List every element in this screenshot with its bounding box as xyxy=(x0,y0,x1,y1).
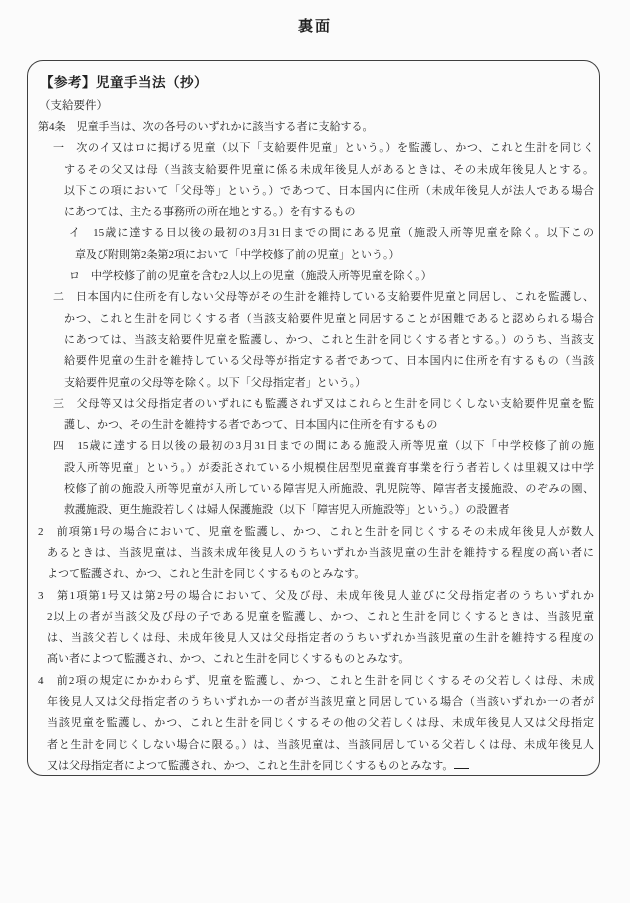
body-line: 以下この項において「父母等」という。）であつて、日本国内に住所（未成年後見人が法… xyxy=(38,181,594,202)
body-line: 救護施設、更生施設若しくは婦人保護施設（以下「障害児入所施設等」という。）の設置… xyxy=(38,500,594,521)
body-line: にあつては、主たる事務所の所在地とする。）を有するもの xyxy=(38,202,594,223)
body-line: 年後見人又は父母指定者のうちいずれか一の者が当該児童と同居している場合（当該いず… xyxy=(38,692,594,713)
body-line: 四 15歳に達する日以後の最初の3月31日までの間にある施設入所等児童（以下「中… xyxy=(38,436,594,457)
body-line: かつ、これと生計を同じくする者（当該支給要件児童と同居することが困難であると認め… xyxy=(38,309,594,330)
body-line: 給要件児童の生計を維持している父母等が指定する者であつて、日本国内に住所を有する… xyxy=(38,351,594,372)
body-line: 3 第1項第1号又は第2号の場合において、父及び母、未成年後見人並びに父母指定者… xyxy=(38,586,594,607)
panel-subheading: （支給要件） xyxy=(39,96,595,116)
body-line: 4 前2項の規定にかかわらず、児童を監護し、かつ、これと生計を同じくするその父若… xyxy=(38,671,594,692)
body-line: にあつては、当該支給要件児童を監護し、かつ、これと生計を同じくする者とする。）の… xyxy=(38,330,594,351)
body-line: 2 前項第1号の場合において、児童を監護し、かつ、これと生計を同じくするその未成… xyxy=(38,522,594,543)
body-line: 章及び附則第2条第2項において「中学校修了前の児童」という。） xyxy=(38,245,594,266)
body-line: 者と生計を同じくしない場合に限る。）は、当該児童は、当該同居している父若しくは母… xyxy=(38,735,594,756)
body-line: 2以上の者が当該父及び母の子である児童を監護し、かつ、これと生計を同じくするとき… xyxy=(38,607,594,628)
body-line: 設入所等児童」という。）が委託されている小規模住居型児童養育事業を行う者若しくは… xyxy=(38,458,594,479)
body-line: 一 次のイ又はロに掲げる児童（以下「支給要件児童」という。）を監護し、かつ、これ… xyxy=(38,138,594,159)
body-line: よつて監護され、かつ、これと生計を同じくするものとみなす。 xyxy=(38,564,594,585)
reference-panel: 【参考】児童手当法（抄） （支給要件） 第4条 児童手当は、次の各号のいずれかに… xyxy=(27,60,600,776)
body-line: 第4条 児童手当は、次の各号のいずれかに該当する者に支給する。 xyxy=(38,117,594,138)
page-title: 裏面 xyxy=(0,15,630,36)
body-line: 支給要件児童の父母等を除く。以下「父母指定者」という。） xyxy=(38,373,594,394)
law-text: 第4条 児童手当は、次の各号のいずれかに該当する者に支給する。一 次のイ又はロに… xyxy=(38,117,594,777)
body-line: イ 15歳に達する日以後の最初の3月31日までの間にある児童（施設入所等児童を除… xyxy=(38,223,594,244)
body-line: 三 父母等又は父母指定者のいずれにも監護されず又はこれらと生計を同じくしない支給… xyxy=(38,394,594,415)
body-line: は、当該父若しくは母、未成年後見人又は父母指定者のうちいずれか当該児童の生計を維… xyxy=(38,628,594,649)
body-line: 高い者によつて監護され、かつ、これと生計を同じくするものとみなす。 xyxy=(38,649,594,670)
body-line: 当該児童を監護し、かつ、これと生計を同じくするその他の父若しくは母、未成年後見人… xyxy=(38,713,594,734)
body-line: 校修了前の施設入所等児童が入所している障害児入所施設、乳児院等、障害者支援施設、… xyxy=(38,479,594,500)
body-line: あるときは、当該児童は、当該未成年後見人のうちいずれか当該児童の生計を維持する程… xyxy=(38,543,594,564)
body-line: ロ 中学校修了前の児童を含む2人以上の児童（施設入所等児童を除く。） xyxy=(38,266,594,287)
body-line: 二 日本国内に住所を有しない父母等がその生計を維持している支給要件児童と同居し、… xyxy=(38,287,594,308)
tail-underline xyxy=(454,766,469,769)
body-line: 又は父母指定者によつて監護され、かつ、これと生計を同じくするものとみなす。 xyxy=(38,756,594,777)
panel-heading: 【参考】児童手当法（抄） xyxy=(40,72,595,93)
body-line: するその父又は母（当該支給要件児童に係る未成年後見人があるときは、その未成年後見… xyxy=(38,160,594,181)
body-line: 護し、かつ、その生計を維持する者であつて、日本国内に住所を有するもの xyxy=(38,415,594,436)
